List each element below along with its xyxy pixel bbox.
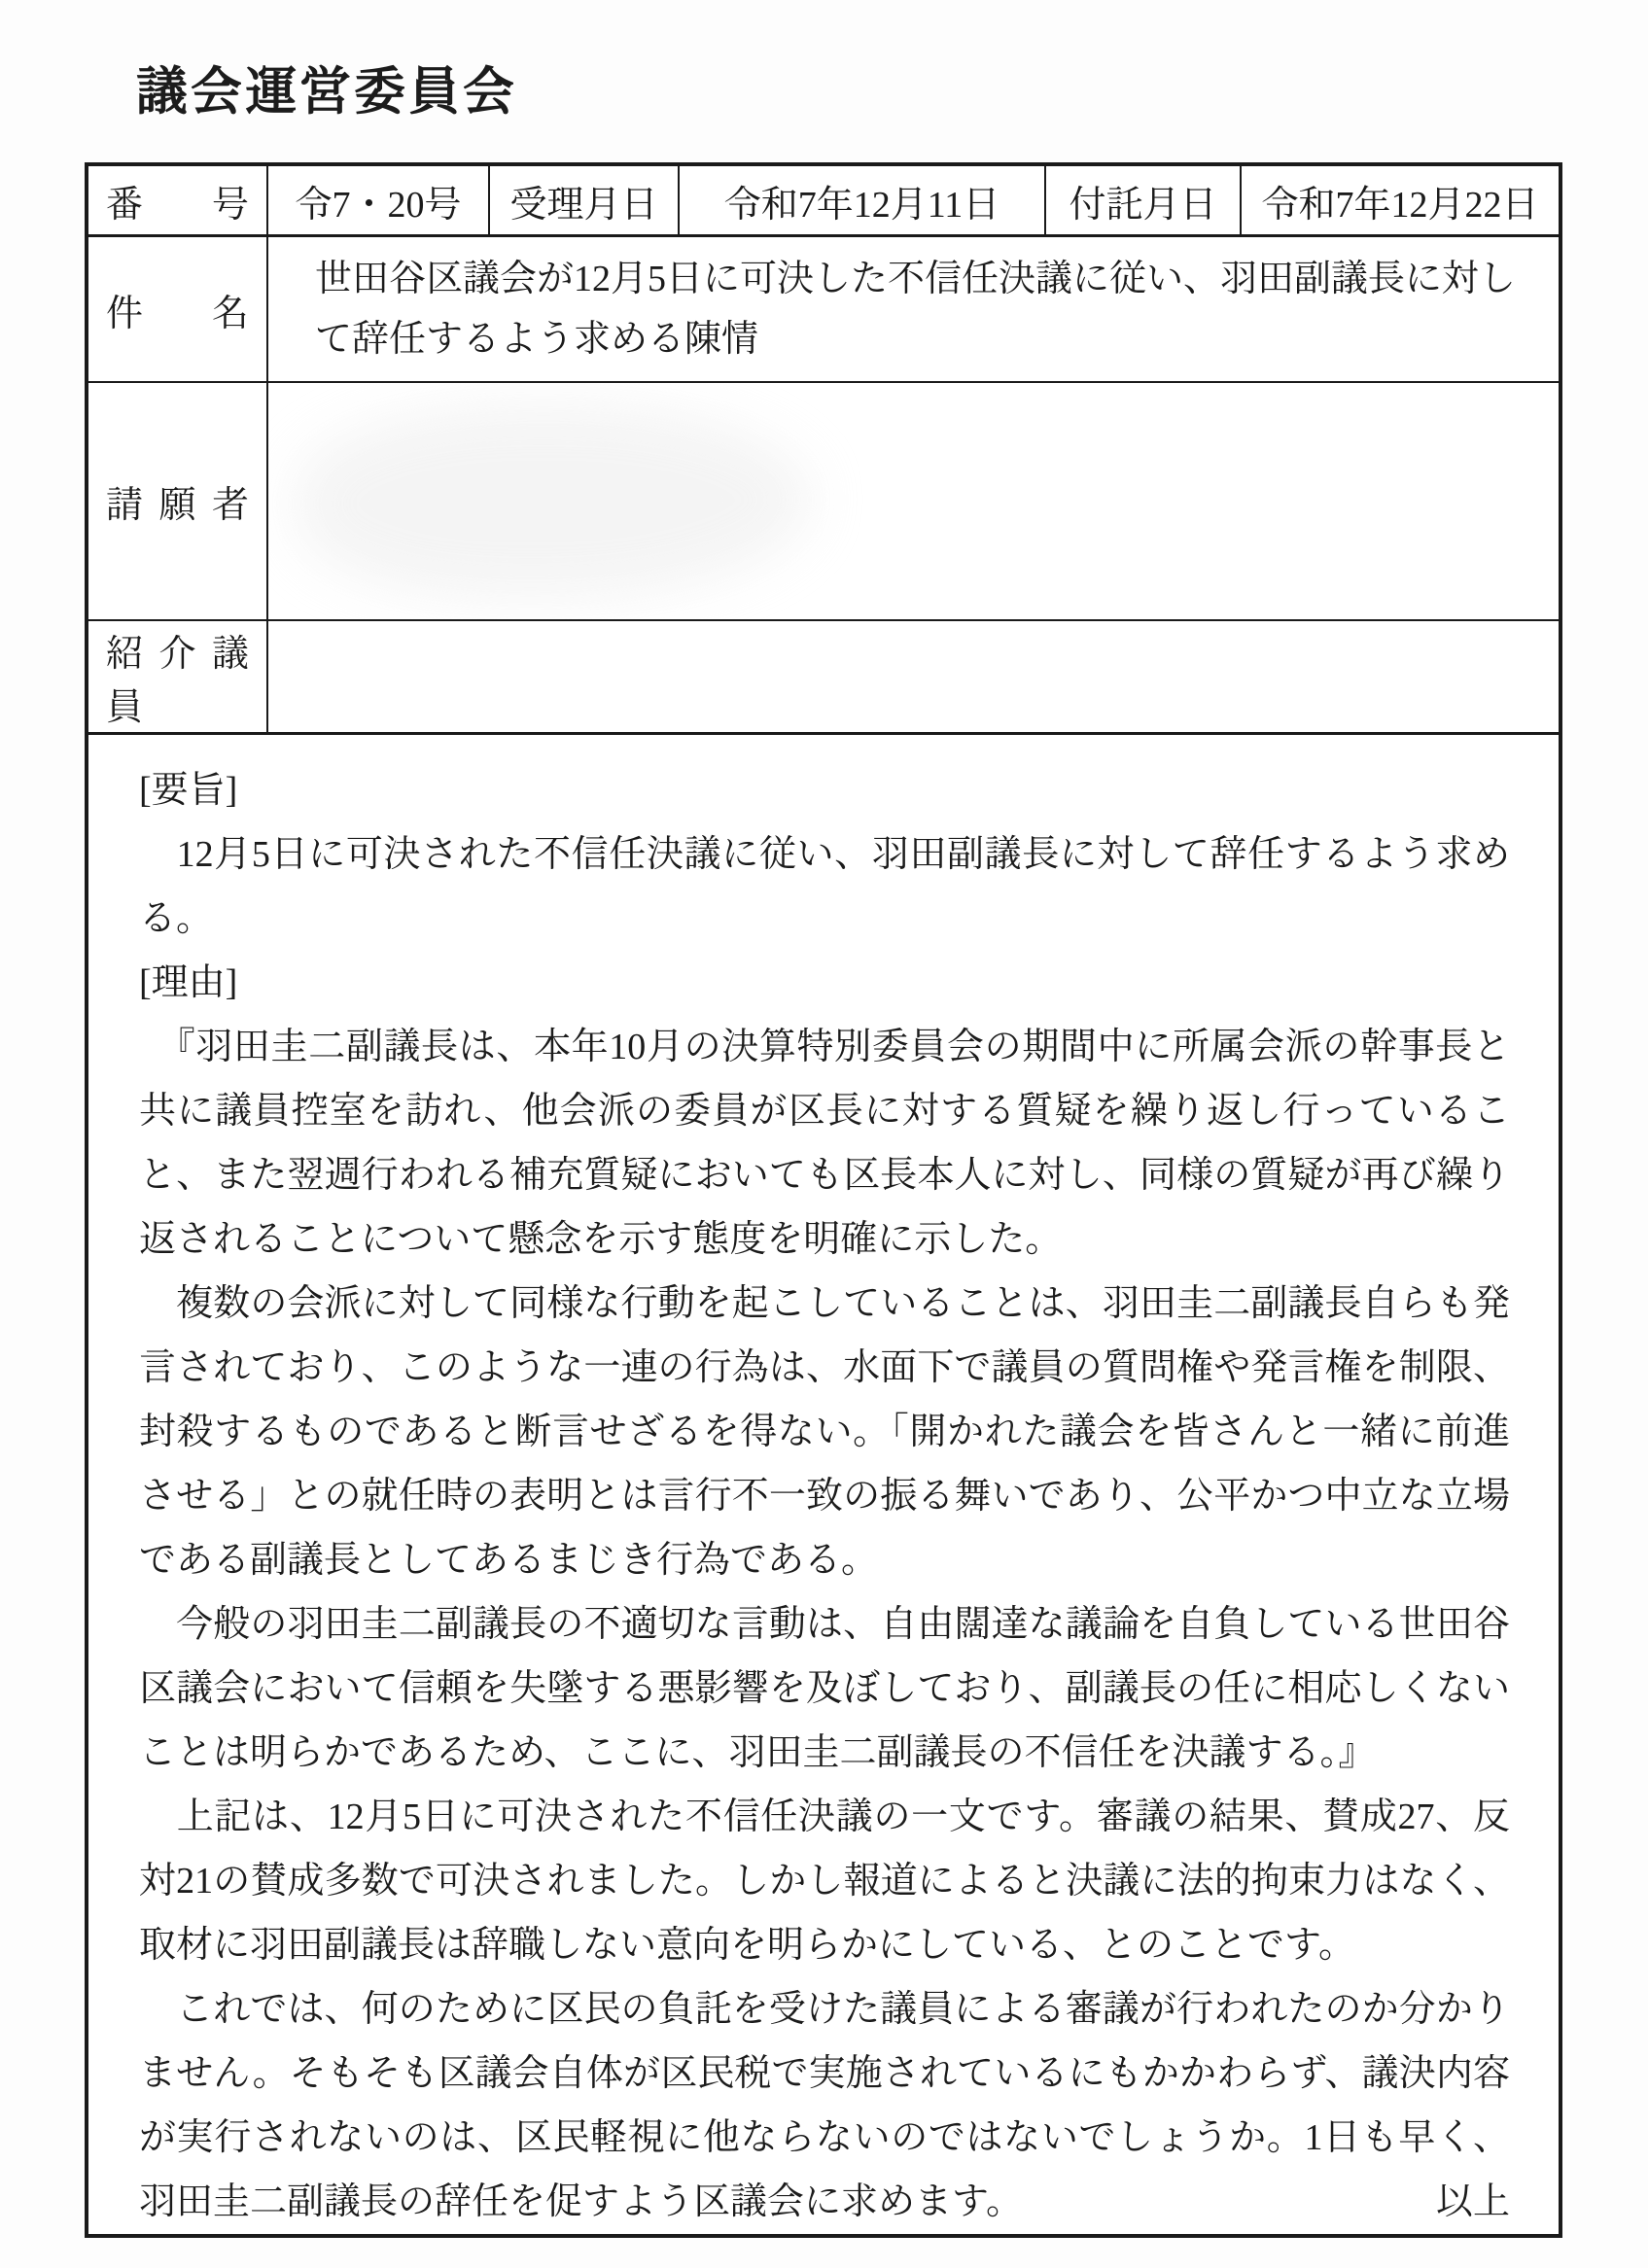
reason-paragraph: 『羽田圭二副議長は、本年10月の決算特別委員会の期間中に所属会派の幹事長と共に議…: [139, 1015, 1510, 1272]
petition-body: [要旨] 12月5日に可決された不信任決議に従い、羽田副議長に対して辞任するよう…: [88, 735, 1559, 2170]
table-row-header: 番号 令7・20号 受理月日 令和7年12月11日 付託月日 令和7年12月22…: [88, 166, 1559, 237]
reason-paragraph-text: これでは、何のために区民の負託を受けた議員による審議が行われたのか分かりません。…: [139, 1989, 1510, 2222]
petitioner-label: 請願者: [106, 474, 249, 528]
introducer-label: 紹介議員: [106, 623, 249, 730]
number-label: 番号: [106, 174, 249, 227]
petition-form: 番号 令7・20号 受理月日 令和7年12月11日 付託月日 令和7年12月22…: [85, 162, 1562, 2238]
received-date-label: 受理月日: [490, 166, 680, 234]
reason-heading: [理由]: [139, 951, 1510, 1015]
table-row-subject: 件名 世田谷区議会が12月5日に可決した不信任決議に従い、羽田副議長に対して辞任…: [88, 237, 1559, 383]
summary-heading: [要旨]: [139, 758, 1510, 822]
petitioner-value: [268, 383, 1559, 619]
referred-date-value: 令和7年12月22日: [1242, 166, 1559, 234]
table-row-introducer: 紹介議員: [88, 621, 1559, 735]
reason-paragraph: 上記は、12月5日に可決された不信任決議の一文です。審議の結果、賛成27、反対2…: [139, 1785, 1510, 1977]
number-value: 令7・20号: [268, 166, 490, 234]
introducer-label-cell: 紹介議員: [88, 621, 268, 732]
table-row-petitioner: 請願者: [88, 383, 1559, 621]
subject-label: 件名: [106, 283, 249, 336]
reason-paragraph-last: これでは、何のために区民の負託を受けた議員による審議が行われたのか分かりません。…: [139, 1977, 1510, 2234]
page-title: 議会運営委員会: [136, 51, 517, 124]
introducer-value: [268, 621, 1559, 732]
referred-date-label: 付託月日: [1046, 166, 1242, 234]
received-date-value: 令和7年12月11日: [680, 166, 1046, 234]
reason-paragraph: 複数の会派に対して同様な行動を起こしていることは、羽田圭二副議長自らも発言されて…: [139, 1272, 1510, 1592]
subject-value: 世田谷区議会が12月5日に可決した不信任決議に従い、羽田副議長に対して辞任するよ…: [268, 237, 1559, 381]
petitioner-label-cell: 請願者: [88, 383, 268, 619]
redaction-blur: [296, 404, 811, 599]
summary-text: 12月5日に可決された不信任決議に従い、羽田副議長に対して辞任するよう求める。: [139, 822, 1510, 951]
number-label-cell: 番号: [88, 166, 268, 234]
reason-paragraph: 今般の羽田圭二副議長の不適切な言動は、自由闊達な議論を自負している世田谷区議会に…: [139, 1592, 1510, 1785]
closing-mark: 以上: [1436, 2170, 1510, 2234]
subject-label-cell: 件名: [88, 237, 268, 381]
document-page: 議会運営委員会 番号 令7・20号 受理月日 令和7年12月11日 付託月日 令…: [0, 0, 1648, 2268]
